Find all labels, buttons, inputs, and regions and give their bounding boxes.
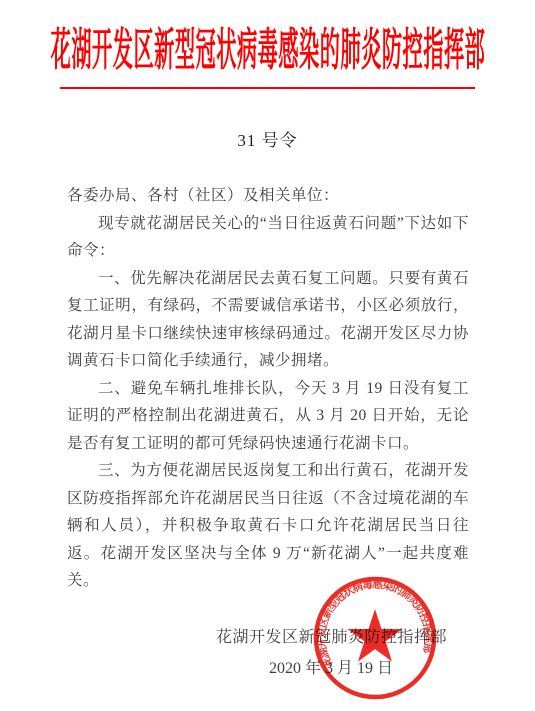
order-number: 31 号令 xyxy=(0,131,535,151)
document-page: 花湖开发区新型冠状病毒感染的肺炎防控指挥部 31 号令 各委办局、各村（社区）及… xyxy=(0,0,535,711)
official-seal: 花湖开发区新型冠状病毒感染的肺炎防控指挥部 xyxy=(309,574,441,702)
document-body: 各委办局、各村（社区）及相关单位： 现专就花湖居民关心的“当日往返黄石问题”下达… xyxy=(67,182,469,595)
seal-star-icon xyxy=(347,609,402,662)
intro-paragraph: 现专就花湖居民关心的“当日往返黄石问题”下达如下命令： xyxy=(67,210,469,265)
order-item-1: 一、优先解决花湖居民去黄石复工问题。只要有黄石复工证明，有绿码，不需要诚信承诺书… xyxy=(67,265,469,375)
salutation-line: 各委办局、各村（社区）及相关单位： xyxy=(67,182,469,210)
letterhead-title: 花湖开发区新型冠状病毒感染的肺炎防控指挥部 xyxy=(50,26,485,74)
order-item-2: 二、避免车辆扎堆排长队，今天 3 月 19 日没有复工证明的严格控制出花湖进黄石… xyxy=(67,375,469,458)
letterhead-divider xyxy=(60,87,475,89)
letterhead: 花湖开发区新型冠状病毒感染的肺炎防控指挥部 xyxy=(0,26,535,76)
